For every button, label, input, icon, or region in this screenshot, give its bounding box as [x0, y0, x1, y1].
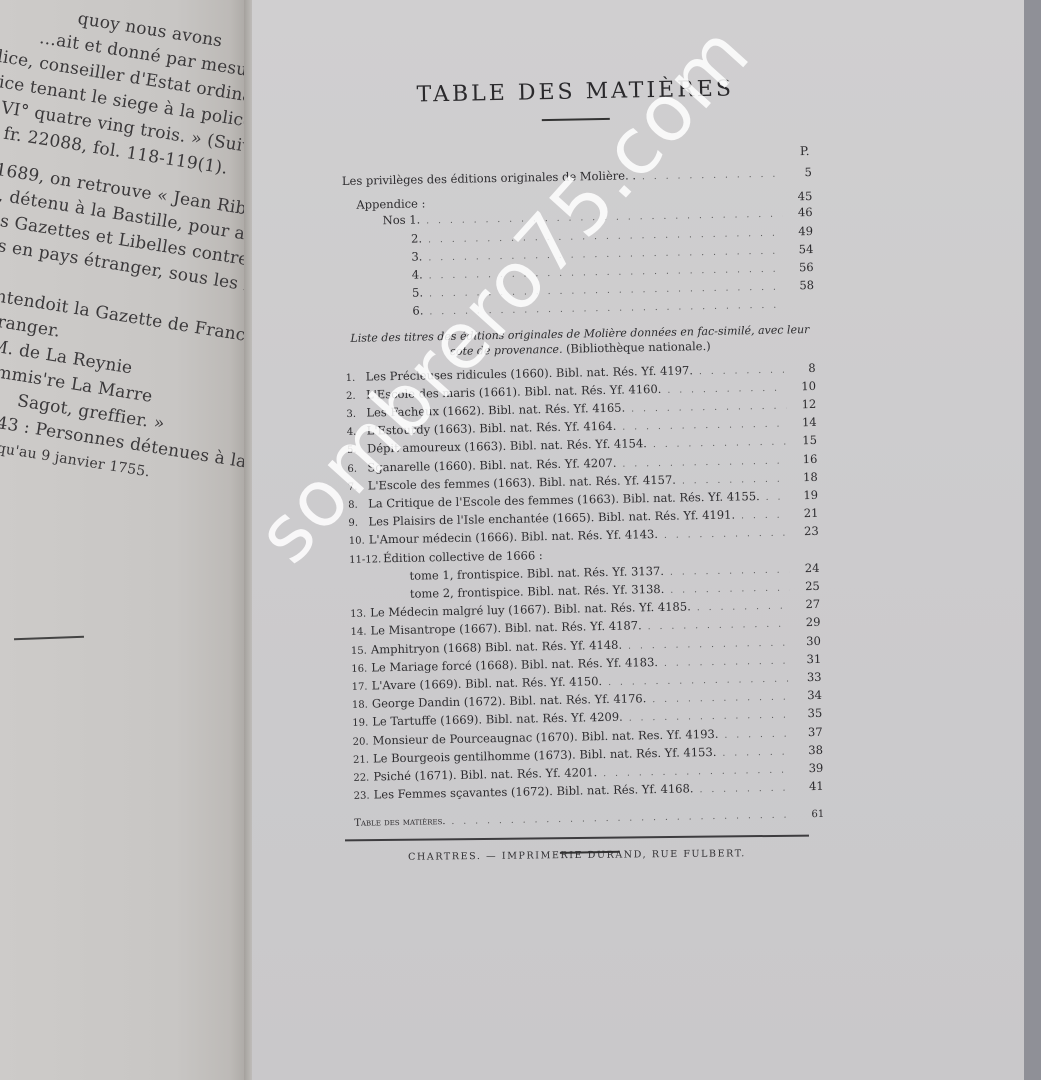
entry-number: 5. — [347, 443, 367, 460]
entry-number: 2. — [346, 388, 366, 405]
entry-label: Nos 1. — [383, 212, 421, 229]
leader-dots: .................... — [664, 526, 789, 545]
entry-number: 15. — [351, 643, 371, 660]
entry-number: 3. — [346, 407, 366, 424]
entry-page: 29 — [796, 614, 820, 631]
entry-number: 20. — [353, 734, 373, 751]
entry-page: 46 — [788, 204, 812, 221]
left-page-text: quoy nous avons …ait et donné par mesure… — [0, 0, 250, 494]
entry-number: 6. — [347, 461, 367, 478]
leader-dots: .................... — [766, 490, 789, 507]
entry-label: L'Estourdy (1663). Bibl. nat. Rés. Yf. 4… — [367, 418, 617, 439]
leader-dots: .................... — [724, 726, 793, 744]
entry-page: 56 — [790, 259, 814, 276]
leader-dots: .................... — [699, 362, 786, 380]
entry-number: 9. — [348, 516, 368, 533]
entry-page: 30 — [797, 633, 821, 650]
leader-dots: .................... — [741, 508, 789, 525]
entry-page: 15 — [793, 432, 817, 449]
entry-page: 5 — [788, 164, 812, 181]
leader-dots — [549, 554, 789, 559]
toc-entry-table: Table des matières. ....................… — [354, 806, 824, 831]
leader-dots: ........................................… — [451, 807, 794, 830]
entry-page: 14 — [793, 414, 817, 431]
leader-dots: .................... — [682, 471, 788, 489]
entry-page: 33 — [797, 669, 821, 686]
entry-page: 39 — [799, 760, 823, 777]
entry-page: 37 — [798, 724, 822, 741]
entry-page: 34 — [798, 687, 822, 704]
entry-label: 2. — [411, 230, 422, 246]
entry-page: 49 — [789, 223, 813, 240]
entry-label: Psiché (1671). Bibl. nat. Rés. Yf. 4201. — [373, 764, 597, 784]
entry-page: 12 — [792, 396, 816, 413]
entry-label: Les privilèges des éditions originales d… — [342, 167, 636, 189]
leader-dots: .................... — [653, 435, 787, 454]
left-page-rule — [14, 636, 84, 640]
entry-label: 3. — [411, 248, 422, 264]
entry-label: Le Tartuffe (1669). Bibl. nat. Rés. Yf. … — [372, 709, 623, 730]
entry-number: 8. — [348, 498, 368, 515]
page-column-header: P. — [341, 144, 811, 167]
entry-page: 23 — [795, 523, 819, 540]
entry-page: 8 — [791, 360, 815, 377]
toc-entry-privileges: Les privilèges des éditions originales d… — [342, 164, 812, 191]
title-rule — [542, 118, 610, 121]
entry-page: 19 — [794, 487, 818, 504]
entry-number: 19. — [352, 716, 372, 733]
entry-label: 6. — [412, 303, 423, 319]
entry-label: 4. — [412, 266, 423, 282]
entry-page: 27 — [796, 596, 820, 613]
list-intro: Liste des titres des éditions originales… — [345, 322, 815, 361]
entry-page: 45 — [788, 188, 812, 205]
leader-dots: .................... — [652, 690, 792, 709]
leader-dots: .................... — [629, 708, 793, 727]
leader-dots: .................... — [622, 453, 787, 472]
entry-page: 54 — [789, 241, 813, 258]
leader-dots: .................... — [628, 635, 791, 654]
entry-label: tome 2, frontispice. Bibl. nat. Rés. Yf.… — [410, 581, 665, 602]
entry-page: 10 — [792, 378, 816, 395]
entry-label: L'Avare (1669). Bibl. nat. Rés. Yf. 4150… — [371, 673, 602, 694]
leader-dots: ........................................ — [642, 167, 782, 186]
entry-page: 41 — [799, 778, 823, 795]
entry-number: 10. — [349, 534, 369, 551]
entry-number: 14. — [350, 625, 370, 642]
entry-number: 4. — [347, 425, 367, 442]
entry-number: 1. — [346, 370, 366, 387]
page-title: TABLE DES MATIÈRES — [340, 75, 810, 109]
entry-page: 31 — [797, 651, 821, 668]
leader-dots: .................... — [622, 417, 787, 436]
entry-page: 61 — [800, 806, 824, 823]
leader-dots: .................... — [667, 380, 786, 398]
entry-label: Édition collective de 1666 : — [383, 547, 543, 566]
entry-number: 7. — [348, 479, 368, 496]
leader-dots: .................... — [699, 781, 793, 799]
entry-label: Sganarelle (1660). Bibl. nat. Rés. Yf. 4… — [367, 454, 616, 475]
entry-number: 17. — [352, 680, 372, 697]
entry-label: tome 1, frontispice. Bibl. nat. Rés. Yf.… — [409, 563, 664, 584]
entry-number: 21. — [353, 752, 373, 769]
entry-label: Table des matières. — [354, 814, 446, 832]
leader-dots: .................... — [697, 599, 791, 617]
list-intro-source: (Bibliothèque nationale.) — [566, 339, 711, 356]
entry-number: 16. — [351, 661, 371, 678]
left-page: quoy nous avons …ait et donné par mesure… — [0, 0, 250, 1080]
entry-number: 22. — [353, 771, 373, 788]
leader-dots: .................... — [670, 581, 790, 599]
entry-page: 18 — [794, 469, 818, 486]
entry-page: 21 — [794, 505, 818, 522]
entry-label: Amphitryon (1668) Bibl. nat. Rés. Yf. 41… — [371, 636, 622, 657]
leader-dots: .................... — [648, 617, 791, 636]
entry-page: 58 — [790, 277, 814, 294]
table-of-contents: TABLE DES MATIÈRES P. Les privilèges des… — [340, 71, 825, 858]
entry-page: 16 — [793, 451, 817, 468]
entry-number: 23. — [354, 789, 374, 806]
entry-page: 38 — [799, 742, 823, 759]
entry-page: 24 — [795, 560, 819, 577]
entry-number: 13. — [350, 607, 370, 624]
entry-label: Appendice : — [356, 196, 425, 214]
entry-label: 5. — [412, 285, 423, 301]
entry-page: 35 — [798, 705, 822, 722]
leader-dots: .................... — [631, 399, 786, 418]
entry-page: 25 — [796, 578, 820, 595]
leader-dots: .................... — [722, 744, 793, 762]
leader-dots: .................... — [664, 653, 792, 672]
entry-number: 11-12. — [349, 552, 383, 569]
leader-dots: .................... — [670, 562, 790, 580]
entry-number: 18. — [352, 698, 372, 715]
background-edge — [1024, 0, 1041, 1080]
